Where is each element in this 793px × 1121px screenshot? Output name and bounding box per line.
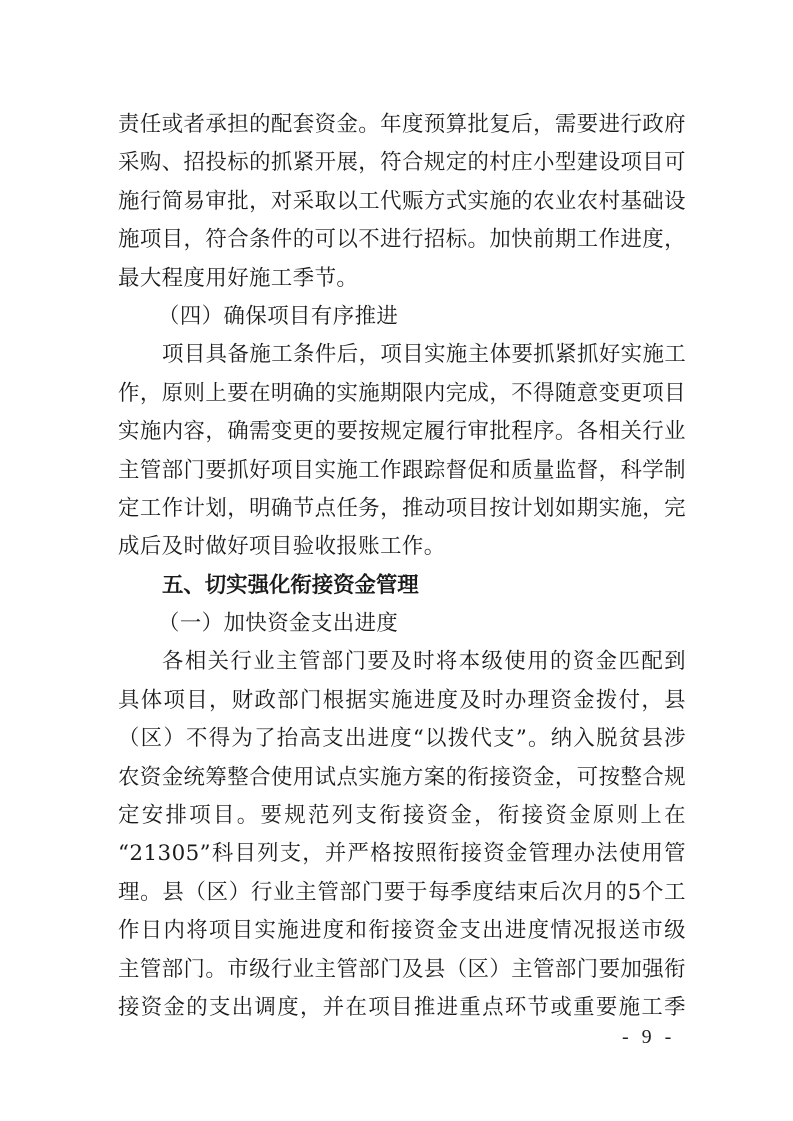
text-line: 理。县（区）行业主管部门要于每季度结束后次月的5个工: [118, 874, 686, 912]
text-line: 责任或者承担的配套资金。年度预算批复后，需要进行政府: [118, 106, 686, 144]
text-line: 作日内将项目实施进度和衔接资金支出进度情况报送市级: [118, 912, 686, 950]
text-line: （区）不得为了抬高支出进度“以拨代支”。纳入脱贫县涉: [118, 720, 686, 758]
text-line: “21305”科目列支，并严格按照衔接资金管理办法使用管: [118, 835, 686, 873]
text-line: 实施内容，确需变更的要按规定履行审批程序。各相关行业: [118, 413, 686, 451]
text-line: 最大程度用好施工季节。: [118, 260, 686, 298]
text-line: 定安排项目。要规范列支衔接资金，衔接资金原则上在: [118, 797, 686, 835]
page-number: - 9 -: [622, 1026, 675, 1049]
paragraph-project-progress: 项目具备施工条件后，项目实施主体要抓紧抓好实施工 作，原则上要在明确的实施期限内…: [118, 336, 686, 566]
text-line: 各相关行业主管部门要及时将本级使用的资金匹配到: [118, 643, 686, 681]
text-line: 成后及时做好项目验收报账工作。: [118, 528, 686, 566]
text-line: 作，原则上要在明确的实施期限内完成，不得随意变更项目: [118, 375, 686, 413]
text-line: 施项目，符合条件的可以不进行招标。加快前期工作进度，: [118, 221, 686, 259]
text-line: 接资金的支出调度，并在项目推进重点环节或重要施工季: [118, 989, 686, 1027]
text-line: 主管部门。市级行业主管部门及县（区）主管部门要加强衔: [118, 951, 686, 989]
text-line: 具体项目，财政部门根据实施进度及时办理资金拨付，县: [118, 682, 686, 720]
section-heading-1: （一）加快资金支出进度: [118, 605, 686, 643]
chapter-heading-5: 五、切实强化衔接资金管理: [118, 567, 686, 605]
document-page: 责任或者承担的配套资金。年度预算批复后，需要进行政府 采购、招投标的抓紧开展，符…: [118, 106, 686, 1027]
text-line: 农资金统筹整合使用试点实施方案的衔接资金，可按整合规: [118, 759, 686, 797]
section-heading-4: （四）确保项目有序推进: [118, 298, 686, 336]
text-line: 施行简易审批，对采取以工代赈方式实施的农业农村基础设: [118, 183, 686, 221]
paragraph-continued: 责任或者承担的配套资金。年度预算批复后，需要进行政府 采购、招投标的抓紧开展，符…: [118, 106, 686, 298]
text-line: 主管部门要抓好项目实施工作跟踪督促和质量监督，科学制: [118, 452, 686, 490]
text-line: 项目具备施工条件后，项目实施主体要抓紧抓好实施工: [118, 336, 686, 374]
paragraph-fund-expenditure: 各相关行业主管部门要及时将本级使用的资金匹配到 具体项目，财政部门根据实施进度及…: [118, 643, 686, 1027]
text-line: 定工作计划，明确节点任务，推动项目按计划如期实施，完: [118, 490, 686, 528]
text-line: 采购、招投标的抓紧开展，符合规定的村庄小型建设项目可: [118, 144, 686, 182]
